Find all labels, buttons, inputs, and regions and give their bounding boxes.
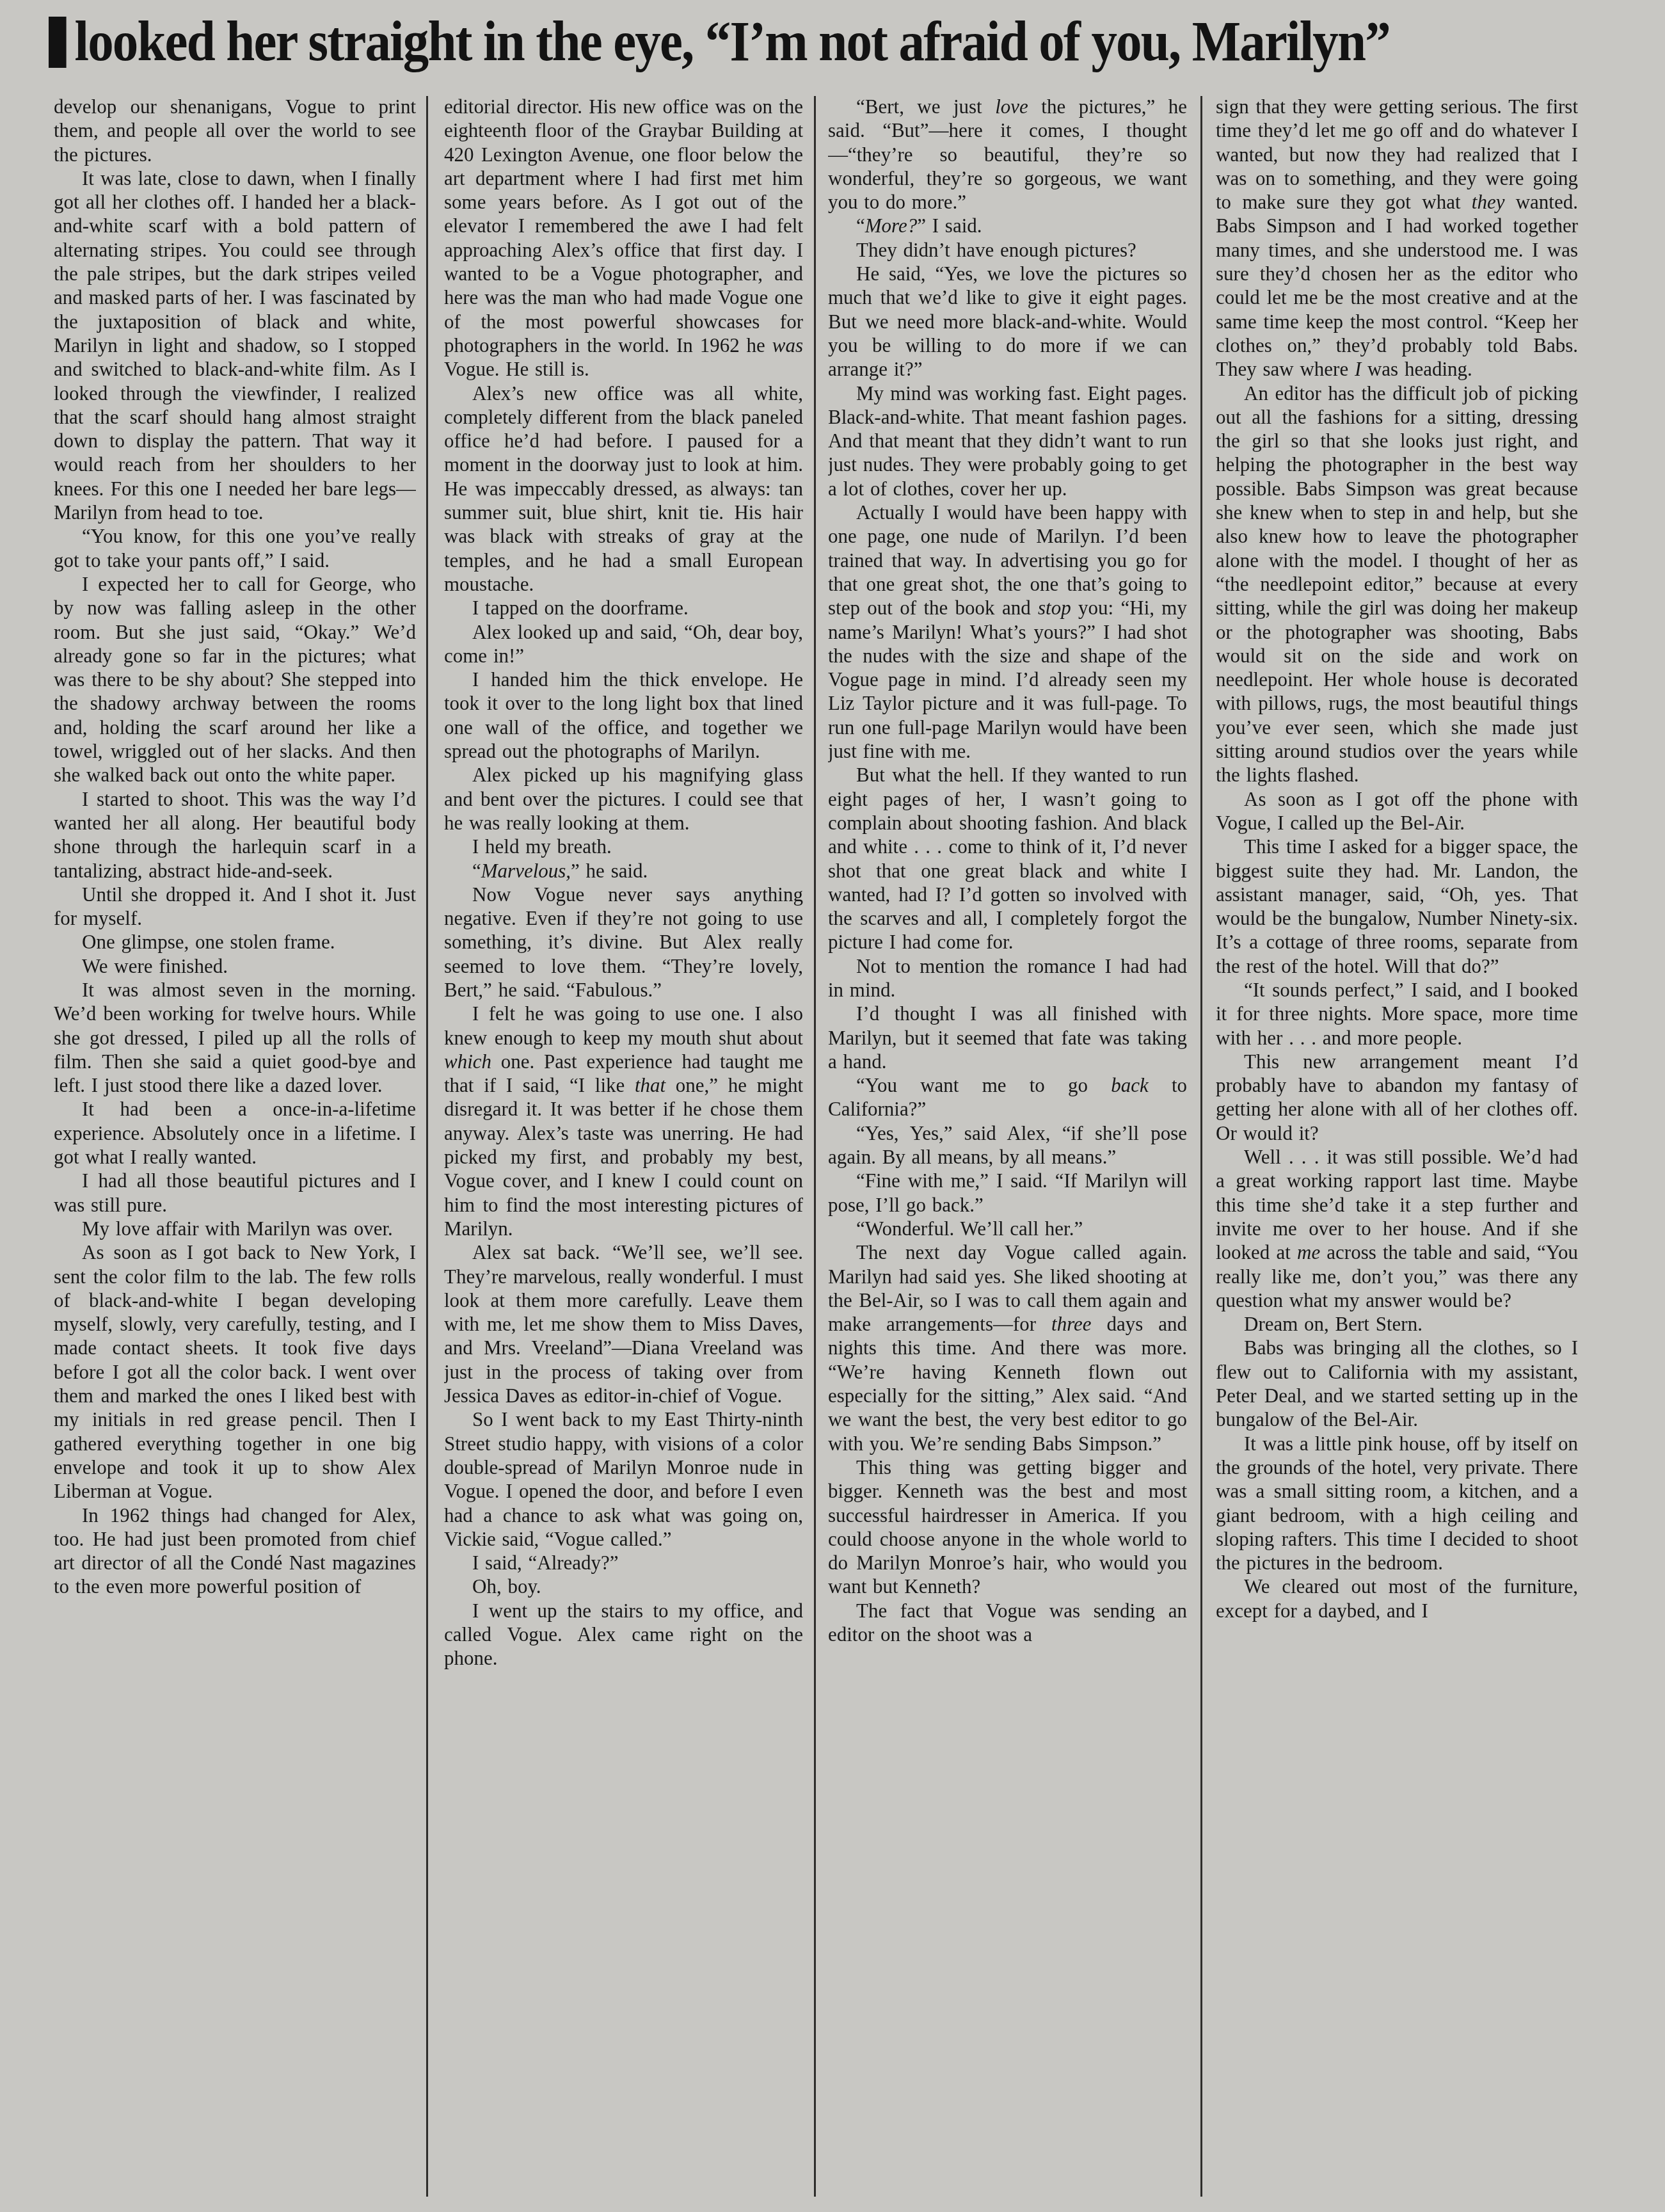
paragraph: It was almost seven in the morning. We’d…: [54, 978, 416, 1097]
paragraph: “You know, for this one you’ve really go…: [54, 524, 416, 572]
column-divider: [426, 96, 428, 2197]
headline-text: looked her straight in the eye, “I’m not…: [74, 9, 1389, 76]
paragraph: “More?” I said.: [828, 214, 1187, 237]
paragraph: Actually I would have been happy with on…: [828, 501, 1187, 763]
paragraph: My love affair with Marilyn was over.: [54, 1217, 416, 1240]
paragraph: Until she dropped it. And I shot it. Jus…: [54, 883, 416, 931]
paragraph: One glimpse, one stolen frame.: [54, 930, 416, 954]
paragraph: “Bert, we just love the pictures,” he sa…: [828, 95, 1187, 214]
text-column-3: “Bert, we just love the pictures,” he sa…: [828, 95, 1187, 2203]
paragraph: editorial director. His new office was o…: [444, 95, 803, 381]
paragraph: “It sounds perfect,” I said, and I booke…: [1216, 978, 1578, 1050]
text-column-2: editorial director. His new office was o…: [444, 95, 803, 2203]
column-divider: [814, 96, 816, 2197]
text-column-1: develop our shenanigans, Vogue to print …: [54, 95, 416, 2203]
paragraph: I went up the stairs to my office, and c…: [444, 1599, 803, 1671]
paragraph: “Wonderful. We’ll call her.”: [828, 1217, 1187, 1240]
paragraph: But what the hell. If they wanted to run…: [828, 763, 1187, 954]
paragraph: develop our shenanigans, Vogue to print …: [54, 95, 416, 166]
paragraph: So I went back to my East Thirty-ninth S…: [444, 1407, 803, 1551]
paragraph: It was late, close to dawn, when I final…: [54, 166, 416, 524]
paragraph: He said, “Yes, we love the pictures so m…: [828, 262, 1187, 381]
paragraph: I expected her to call for George, who b…: [54, 572, 416, 787]
paragraph: Alex looked up and said, “Oh, dear boy, …: [444, 620, 803, 668]
magazine-page: { "page": { "headline": { "initial": "I"…: [0, 0, 1665, 2212]
paragraph: Oh, boy.: [444, 1575, 803, 1598]
paragraph: Dream on, Bert Stern.: [1216, 1312, 1578, 1336]
paragraph: I felt he was going to use one. I also k…: [444, 1002, 803, 1240]
headline: looked her straight in the eye, “I’m not…: [49, 9, 1390, 79]
paragraph: “Fine with me,” I said. “If Marilyn will…: [828, 1169, 1187, 1217]
paragraph: “Yes, Yes,” said Alex, “if she’ll pose a…: [828, 1121, 1187, 1169]
paragraph: Babs was bringing all the clothes, so I …: [1216, 1336, 1578, 1431]
paragraph: Alex sat back. “We’ll see, we’ll see. Th…: [444, 1240, 803, 1407]
paragraph: “Marvelous,” he said.: [444, 859, 803, 883]
paragraph: They didn’t have enough pictures?: [828, 238, 1187, 262]
paragraph: Alex picked up his magnifying glass and …: [444, 763, 803, 835]
paragraph: As soon as I got off the phone with Vogu…: [1216, 787, 1578, 835]
paragraph: I had all those beautiful pictures and I…: [54, 1169, 416, 1217]
paragraph: As soon as I got back to New York, I sen…: [54, 1240, 416, 1503]
paragraph: sign that they were getting serious. The…: [1216, 95, 1578, 381]
paragraph: The fact that Vogue was sending an edito…: [828, 1599, 1187, 1647]
paragraph: This time I asked for a bigger space, th…: [1216, 835, 1578, 978]
paragraph: My mind was working fast. Eight pages. B…: [828, 381, 1187, 501]
paragraph: Not to mention the romance I had had in …: [828, 954, 1187, 1002]
paragraph: “You want me to go back to California?”: [828, 1073, 1187, 1121]
paragraph: Well . . . it was still possible. We’d h…: [1216, 1145, 1578, 1312]
paragraph: Alex’s new office was all white, complet…: [444, 381, 803, 597]
paragraph: The next day Vogue called again. Marilyn…: [828, 1240, 1187, 1455]
headline-initial-bar: [49, 17, 67, 68]
paragraph: I started to shoot. This was the way I’d…: [54, 787, 416, 883]
paragraph: We were finished.: [54, 954, 416, 978]
paragraph: We cleared out most of the furniture, ex…: [1216, 1575, 1578, 1623]
paragraph: It had been a once-in-a-lifetime experie…: [54, 1097, 416, 1169]
text-column-4: sign that they were getting serious. The…: [1216, 95, 1578, 2203]
paragraph: I’d thought I was all finished with Mari…: [828, 1002, 1187, 1073]
paragraph: It was a little pink house, off by itsel…: [1216, 1432, 1578, 1575]
paragraph: I tapped on the doorframe.: [444, 596, 803, 620]
column-divider: [1200, 96, 1202, 2197]
paragraph: This new arrangement meant I’d probably …: [1216, 1050, 1578, 1145]
paragraph: This thing was getting bigger and bigger…: [828, 1455, 1187, 1599]
paragraph: I said, “Already?”: [444, 1551, 803, 1575]
paragraph: Now Vogue never says anything negative. …: [444, 883, 803, 1002]
paragraph: I handed him the thick envelope. He took…: [444, 668, 803, 763]
paragraph: I held my breath.: [444, 835, 803, 858]
paragraph: An editor has the difficult job of picki…: [1216, 381, 1578, 787]
paragraph: In 1962 things had changed for Alex, too…: [54, 1503, 416, 1599]
